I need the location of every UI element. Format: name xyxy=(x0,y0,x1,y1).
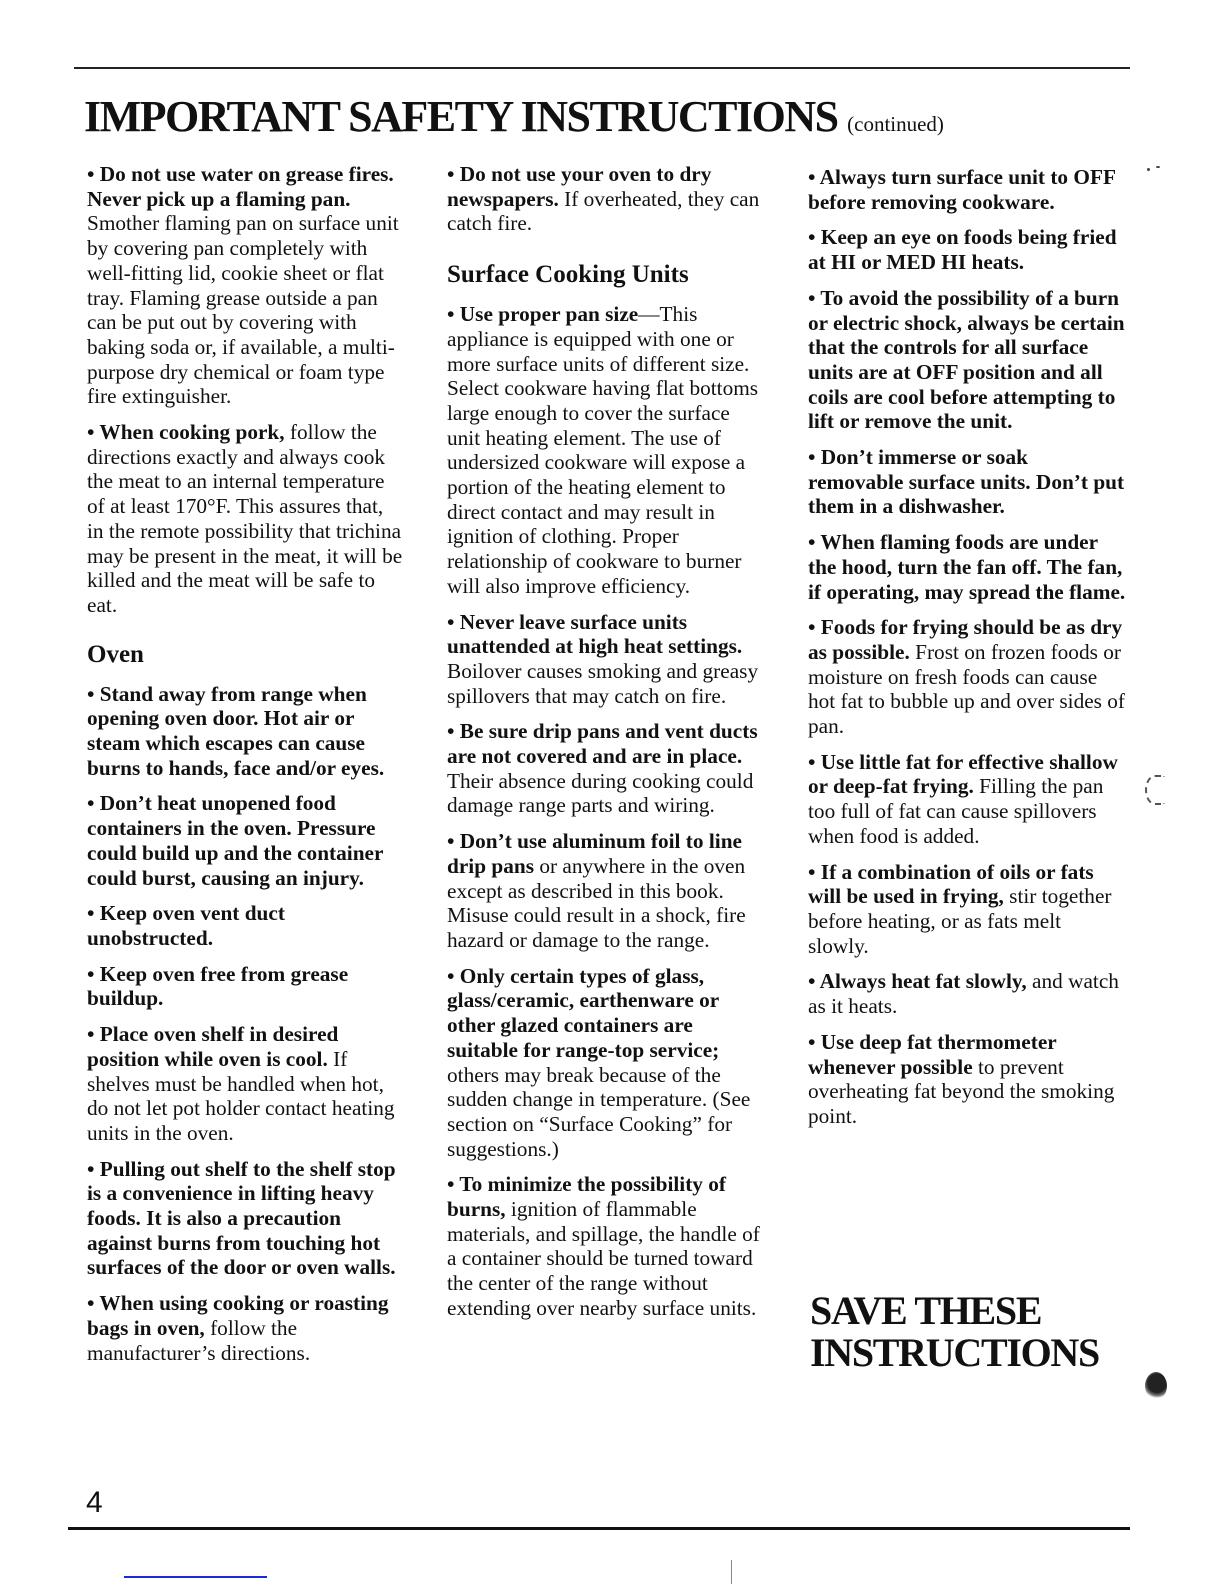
instruction-bold: • Be sure drip pans and vent ducts are n… xyxy=(447,719,758,768)
bottom-rule xyxy=(68,1527,1130,1530)
column-1: • Do not use water on grease fires. Neve… xyxy=(87,162,405,1376)
instruction-item: • Always heat fat slowly, and watch as i… xyxy=(808,969,1126,1018)
instruction-bold: • Keep oven vent duct unobstructed. xyxy=(87,901,285,950)
instruction-text: Their absence during cooking could damag… xyxy=(447,769,753,818)
save-heading-line-1: SAVE THESE xyxy=(810,1290,1099,1332)
instruction-bold: • To avoid the possibility of a burn or … xyxy=(808,286,1125,434)
instruction-item: • Be sure drip pans and vent ducts are n… xyxy=(447,719,765,818)
instruction-item: • Do not use your oven to dry newspapers… xyxy=(447,162,765,236)
instruction-bold: • Always heat fat slowly, xyxy=(808,969,1027,993)
instruction-bold: • Only certain types of glass, glass/cer… xyxy=(447,964,719,1062)
instruction-bold: • When flaming foods are under the hood,… xyxy=(808,530,1125,603)
column-3: • Always turn surface unit to OFF before… xyxy=(808,165,1126,1140)
instruction-bold: • Place oven shelf in desired position w… xyxy=(87,1022,338,1071)
scan-mark-icon xyxy=(1145,775,1165,805)
instruction-text: Smother flaming pan on surface unit by c… xyxy=(87,211,399,408)
instruction-item: • Use proper pan size—This appliance is … xyxy=(447,302,765,598)
instruction-bold: • Do not use water on grease fires. Neve… xyxy=(87,162,394,211)
instruction-bold: • Don’t heat unopened food containers in… xyxy=(87,791,383,889)
instruction-item: • When flaming foods are under the hood,… xyxy=(808,530,1126,604)
page-title-text: IMPORTANT SAFETY INSTRUCTIONS xyxy=(84,92,838,141)
instruction-item: • Keep an eye on foods being fried at HI… xyxy=(808,225,1126,274)
instruction-item: • Place oven shelf in desired position w… xyxy=(87,1022,405,1146)
instruction-item: • Only certain types of glass, glass/cer… xyxy=(447,964,765,1162)
section-heading-surface-cooking-units: Surface Cooking Units xyxy=(447,260,765,290)
instruction-item: • Don’t heat unopened food containers in… xyxy=(87,791,405,890)
instruction-item: • Use little fat for effective shallow o… xyxy=(808,750,1126,849)
instruction-item: • Don’t immerse or soak removable surfac… xyxy=(808,445,1126,519)
instruction-item: • Always turn surface unit to OFF before… xyxy=(808,165,1126,214)
instruction-bold: • Keep an eye on foods being fried at HI… xyxy=(808,225,1117,274)
instruction-item: • Never leave surface units unattended a… xyxy=(447,610,765,709)
instruction-item: • Stand away from range when opening ove… xyxy=(87,682,405,781)
instruction-bold: • Stand away from range when opening ove… xyxy=(87,682,384,780)
instruction-item: • Keep oven vent duct unobstructed. xyxy=(87,901,405,950)
instruction-item: • Keep oven free from grease buildup. xyxy=(87,962,405,1011)
instruction-item: • To avoid the possibility of a burn or … xyxy=(808,286,1126,434)
instruction-item: • When using cooking or roasting bags in… xyxy=(87,1291,405,1365)
instruction-text: follow the directions exactly and always… xyxy=(87,420,402,617)
blue-underline-mark xyxy=(124,1576,267,1578)
instruction-text: —This appliance is equipped with one or … xyxy=(447,302,758,598)
top-rule xyxy=(74,67,1130,69)
instruction-bold: • Keep oven free from grease buildup. xyxy=(87,962,348,1011)
instruction-item: • Pulling out shelf to the shelf stop is… xyxy=(87,1157,405,1281)
column-2: • Do not use your oven to dry newspapers… xyxy=(447,162,765,1332)
section-heading-oven: Oven xyxy=(87,640,405,670)
instruction-item: • When cooking pork, follow the directio… xyxy=(87,420,405,618)
scan-tick-mark xyxy=(731,1560,732,1584)
instruction-item: • Do not use water on grease fires. Neve… xyxy=(87,162,405,409)
instruction-item: • To minimize the possibility of burns, … xyxy=(447,1172,765,1320)
scan-dot-icon xyxy=(1156,166,1160,168)
instruction-text: others may break because of the sudden c… xyxy=(447,1063,750,1161)
page-number: 4 xyxy=(86,1486,103,1520)
instruction-bold: • Pulling out shelf to the shelf stop is… xyxy=(87,1157,396,1280)
instruction-bold: • When cooking pork, xyxy=(87,420,285,444)
instruction-bold: • Always turn surface unit to OFF before… xyxy=(808,165,1115,214)
instruction-item: • Use deep fat thermometer whenever poss… xyxy=(808,1030,1126,1129)
instruction-bold: • Don’t immerse or soak removable surfac… xyxy=(808,445,1124,518)
instruction-text: Boilover causes smoking and greasy spill… xyxy=(447,659,758,708)
instruction-item: • Don’t use aluminum foil to line drip p… xyxy=(447,829,765,953)
page-title: IMPORTANT SAFETY INSTRUCTIONS (continued… xyxy=(84,92,944,149)
instruction-item: • If a combination of oils or fats will … xyxy=(808,860,1126,959)
save-heading-line-2: INSTRUCTIONS xyxy=(810,1332,1099,1374)
continued-label: (continued) xyxy=(847,112,944,136)
instruction-item: • Foods for frying should be as dry as p… xyxy=(808,615,1126,739)
save-these-instructions-heading: SAVE THESE INSTRUCTIONS xyxy=(810,1290,1099,1374)
instruction-bold: • Never leave surface units unattended a… xyxy=(447,610,742,659)
instruction-bold: • Use proper pan size xyxy=(447,302,638,326)
scan-dot-icon xyxy=(1147,168,1150,171)
scan-speck-icon xyxy=(1145,1372,1167,1400)
